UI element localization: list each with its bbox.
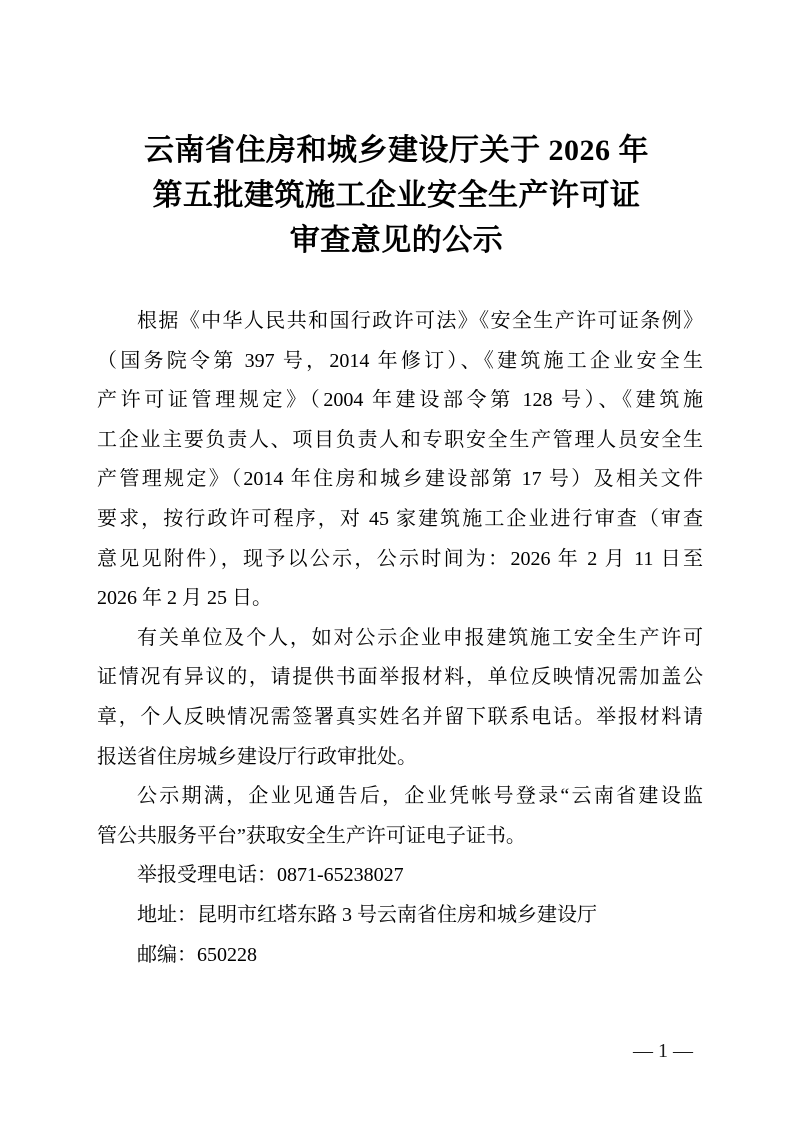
paragraph: 邮编：650228	[97, 936, 703, 976]
paragraph: 根据《中华人民共和国行政许可法》《安全生产许可证条例》（国务院令第 397 号，…	[97, 302, 703, 619]
title-line: 云南省住房和城乡建设厅关于 2026 年	[0, 128, 793, 173]
page-number: — 1 —	[633, 1040, 693, 1062]
paragraph: 公示期满，企业见通告后，企业凭帐号登录“云南省建设监管公共服务平台”获取安全生产…	[97, 777, 703, 856]
text-line: 章，个人反映情况需签署真实姓名并留下联系电话。举报材料请	[97, 698, 703, 738]
text-line: 工企业主要负责人、项目负责人和专职安全生产管理人员安全生	[97, 421, 703, 461]
document-title: 云南省住房和城乡建设厅关于 2026 年第五批建筑施工企业安全生产许可证审查意见…	[0, 128, 793, 263]
text-line: 举报受理电话：0871-65238027	[97, 856, 703, 896]
document-body: 根据《中华人民共和国行政许可法》《安全生产许可证条例》（国务院令第 397 号，…	[97, 302, 703, 975]
paragraph: 地址：昆明市红塔东路 3 号云南省住房和城乡建设厅	[97, 896, 703, 936]
text-line: 邮编：650228	[97, 936, 703, 976]
text-line: 要求，按行政许可程序，对 45 家建筑施工企业进行审查（审查	[97, 500, 703, 540]
text-line: 报送省住房城乡建设厅行政审批处。	[97, 738, 703, 778]
text-line: 公示期满，企业见通告后，企业凭帐号登录“云南省建设监	[97, 777, 703, 817]
title-line: 第五批建筑施工企业安全生产许可证	[0, 173, 793, 218]
text-line: 根据《中华人民共和国行政许可法》《安全生产许可证条例》	[97, 302, 703, 342]
paragraph: 举报受理电话：0871-65238027	[97, 856, 703, 896]
title-line: 审查意见的公示	[0, 218, 793, 263]
text-line: 有关单位及个人，如对公示企业申报建筑施工安全生产许可	[97, 619, 703, 659]
paragraph: 有关单位及个人，如对公示企业申报建筑施工安全生产许可证情况有异议的，请提供书面举…	[97, 619, 703, 777]
text-line: 地址：昆明市红塔东路 3 号云南省住房和城乡建设厅	[97, 896, 703, 936]
text-line: 管公共服务平台”获取安全生产许可证电子证书。	[97, 817, 703, 857]
text-line: （国务院令第 397 号，2014 年修订）、《建筑施工企业安全生	[97, 342, 703, 382]
text-line: 证情况有异议的，请提供书面举报材料，单位反映情况需加盖公	[97, 658, 703, 698]
document-page: 云南省住房和城乡建设厅关于 2026 年第五批建筑施工企业安全生产许可证审查意见…	[0, 0, 793, 1122]
text-line: 产管理规定》（2014 年住房和城乡建设部第 17 号）及相关文件	[97, 460, 703, 500]
text-line: 2026 年 2 月 25 日。	[97, 579, 703, 619]
text-line: 产许可证管理规定》（2004 年建设部令第 128 号）、《建筑施	[97, 381, 703, 421]
text-line: 意见见附件），现予以公示，公示时间为：2026 年 2 月 11 日至	[97, 540, 703, 580]
